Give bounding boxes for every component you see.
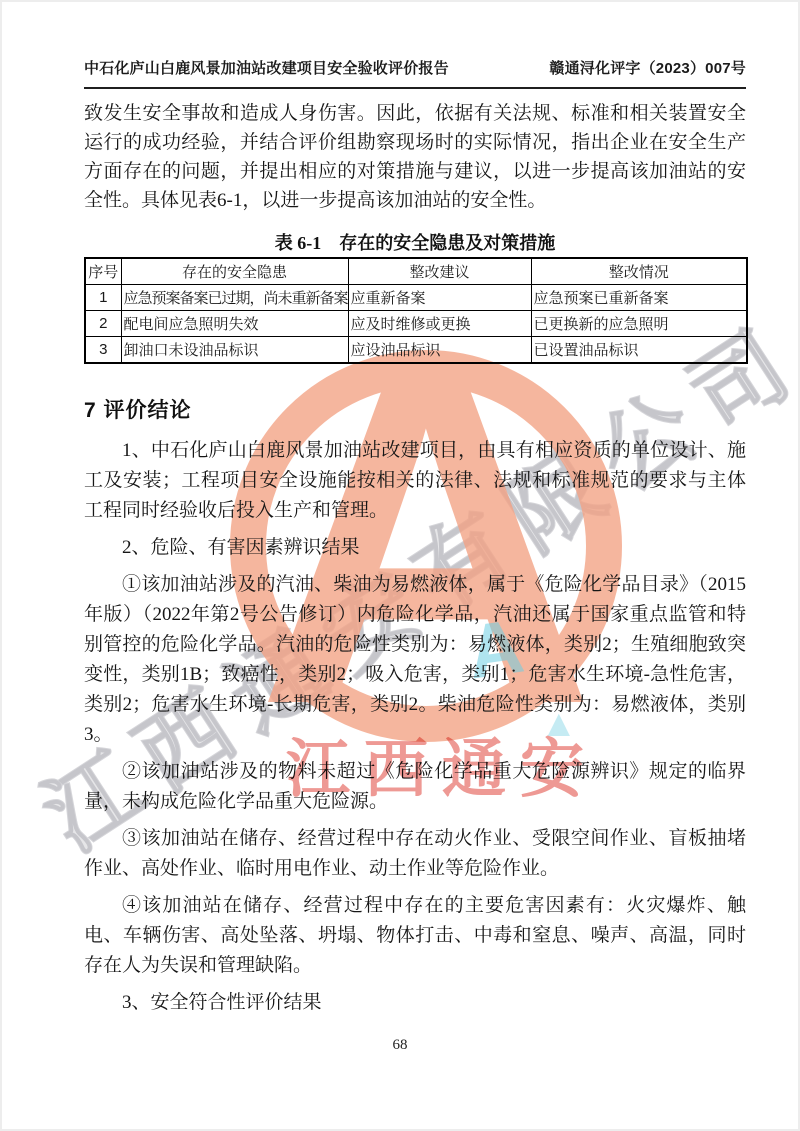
conclusion-paragraph-6: ④该加油站在储存、经营过程中存在的主要危害因素有：火灾爆炸、触电、车辆伤害、高处… xyxy=(84,891,746,981)
col-header-index: 序号 xyxy=(85,258,121,285)
page-number: 68 xyxy=(0,1037,800,1054)
hazard-rectification-table: 序号 存在的安全隐患 整改建议 整改情况 1 应急预案备案已过期，尚未重新备案 … xyxy=(84,257,748,364)
table-row: 1 应急预案备案已过期，尚未重新备案 应重新备案 应急预案已重新备案 xyxy=(85,285,747,311)
page-content: 中石化庐山白鹿风景加油站改建项目安全验收评价报告 赣通浔化评字（2023）007… xyxy=(0,0,800,1131)
page-header: 中石化庐山白鹿风景加油站改建项目安全验收评价报告 赣通浔化评字（2023）007… xyxy=(84,57,746,78)
document-number: 赣通浔化评字（2023）007号 xyxy=(549,57,746,78)
cell-status: 应急预案已重新备案 xyxy=(531,285,747,311)
conclusion-paragraph-3: ①该加油站涉及的汽油、柴油为易燃液体，属于《危险化学品目录》（2015年版）（2… xyxy=(84,570,746,750)
table-caption: 表 6-1 存在的安全隐患及对策措施 xyxy=(84,229,746,255)
cell-index: 2 xyxy=(85,311,121,337)
conclusion-paragraph-5: ③该加油站在储存、经营过程中存在动火作业、受限空间作业、盲板抽堵作业、高处作业、… xyxy=(84,824,746,884)
conclusion-paragraph-2: 2、危险、有害因素辨识结果 xyxy=(84,533,746,563)
cell-hazard: 配电间应急照明失效 xyxy=(121,311,348,337)
intro-paragraph: 致发生安全事故和造成人身伤害。因此，依据有关法规、标准和相关装置安全运行的成功经… xyxy=(84,99,746,215)
cell-index: 1 xyxy=(85,285,121,311)
table-header-row: 序号 存在的安全隐患 整改建议 整改情况 xyxy=(85,258,747,285)
cell-advice: 应及时维修或更换 xyxy=(348,311,531,337)
conclusion-paragraph-1: 1、中石化庐山白鹿风景加油站改建项目，由具有相应资质的单位设计、施工及安装；工程… xyxy=(84,436,746,526)
cell-status: 已设置油品标识 xyxy=(531,337,747,364)
cell-advice: 应重新备案 xyxy=(348,285,531,311)
cell-status: 已更换新的应急照明 xyxy=(531,311,747,337)
col-header-status: 整改情况 xyxy=(531,258,747,285)
report-title: 中石化庐山白鹿风景加油站改建项目安全验收评价报告 xyxy=(84,57,449,78)
conclusion-paragraph-7: 3、安全符合性评价结果 xyxy=(84,988,746,1018)
cell-hazard: 卸油口未设油品标识 xyxy=(121,337,348,364)
header-divider xyxy=(84,87,746,89)
cell-hazard: 应急预案备案已过期，尚未重新备案 xyxy=(121,285,348,311)
table-row: 3 卸油口未设油品标识 应设油品标识 已设置油品标识 xyxy=(85,337,747,364)
conclusion-paragraph-4: ②该加油站涉及的物料未超过《危险化学品重大危险源辨识》规定的临界量，未构成危险化… xyxy=(84,757,746,817)
section-7-heading: 7 评价结论 xyxy=(84,394,192,424)
col-header-hazard: 存在的安全隐患 xyxy=(121,258,348,285)
table-row: 2 配电间应急照明失效 应及时维修或更换 已更换新的应急照明 xyxy=(85,311,747,337)
cell-advice: 应设油品标识 xyxy=(348,337,531,364)
col-header-advice: 整改建议 xyxy=(348,258,531,285)
cell-index: 3 xyxy=(85,337,121,364)
report-page: 江西通安有限公司 A A ▲ 江西通安 中石化庐山白鹿风景加油站改建项目安全验收… xyxy=(0,0,800,1131)
conclusion-paragraphs: 1、中石化庐山白鹿风景加油站改建项目，由具有相应资质的单位设计、施工及安装；工程… xyxy=(84,436,746,1025)
